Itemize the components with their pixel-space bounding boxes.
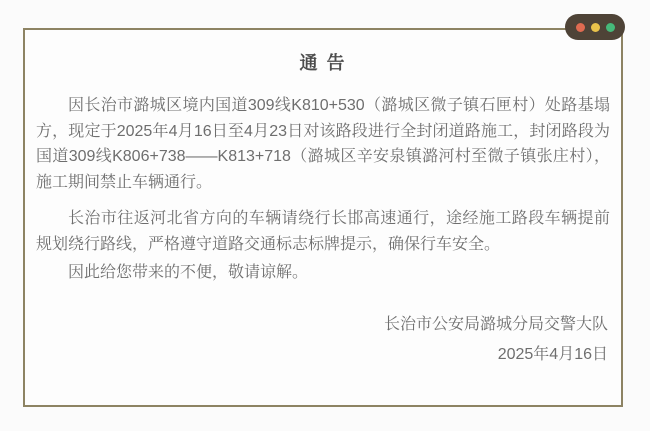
notice-content: 通 告 因长治市潞城区境内国道309线K810+530（潞城区微子镇石匣村）处路… xyxy=(25,30,621,370)
window-control-red-icon xyxy=(576,23,585,32)
window-controls xyxy=(565,14,625,40)
window-control-green-icon xyxy=(606,23,615,32)
signature-block: 长治市公安局潞城分局交警大队 2025年4月16日 xyxy=(36,310,610,370)
notice-paragraph: 长治市往返河北省方向的车辆请绕行长邯高速通行，途经施工路段车辆提前规划绕行路线，… xyxy=(36,206,610,257)
notice-paragraph: 因此给您带来的不便，敬请谅解。 xyxy=(36,260,610,286)
notice-body: 因长治市潞城区境内国道309线K810+530（潞城区微子镇石匣村）处路基塌方，… xyxy=(36,93,610,286)
page-background: 通 告 因长治市潞城区境内国道309线K810+530（潞城区微子镇石匣村）处路… xyxy=(0,0,650,431)
notice-signature: 长治市公安局潞城分局交警大队 xyxy=(36,310,608,340)
notice-date: 2025年4月16日 xyxy=(36,340,608,370)
window-control-yellow-icon xyxy=(591,23,600,32)
notice-card: 通 告 因长治市潞城区境内国道309线K810+530（潞城区微子镇石匣村）处路… xyxy=(23,28,623,407)
notice-title: 通 告 xyxy=(36,50,610,76)
notice-paragraph: 因长治市潞城区境内国道309线K810+530（潞城区微子镇石匣村）处路基塌方，… xyxy=(36,93,610,195)
